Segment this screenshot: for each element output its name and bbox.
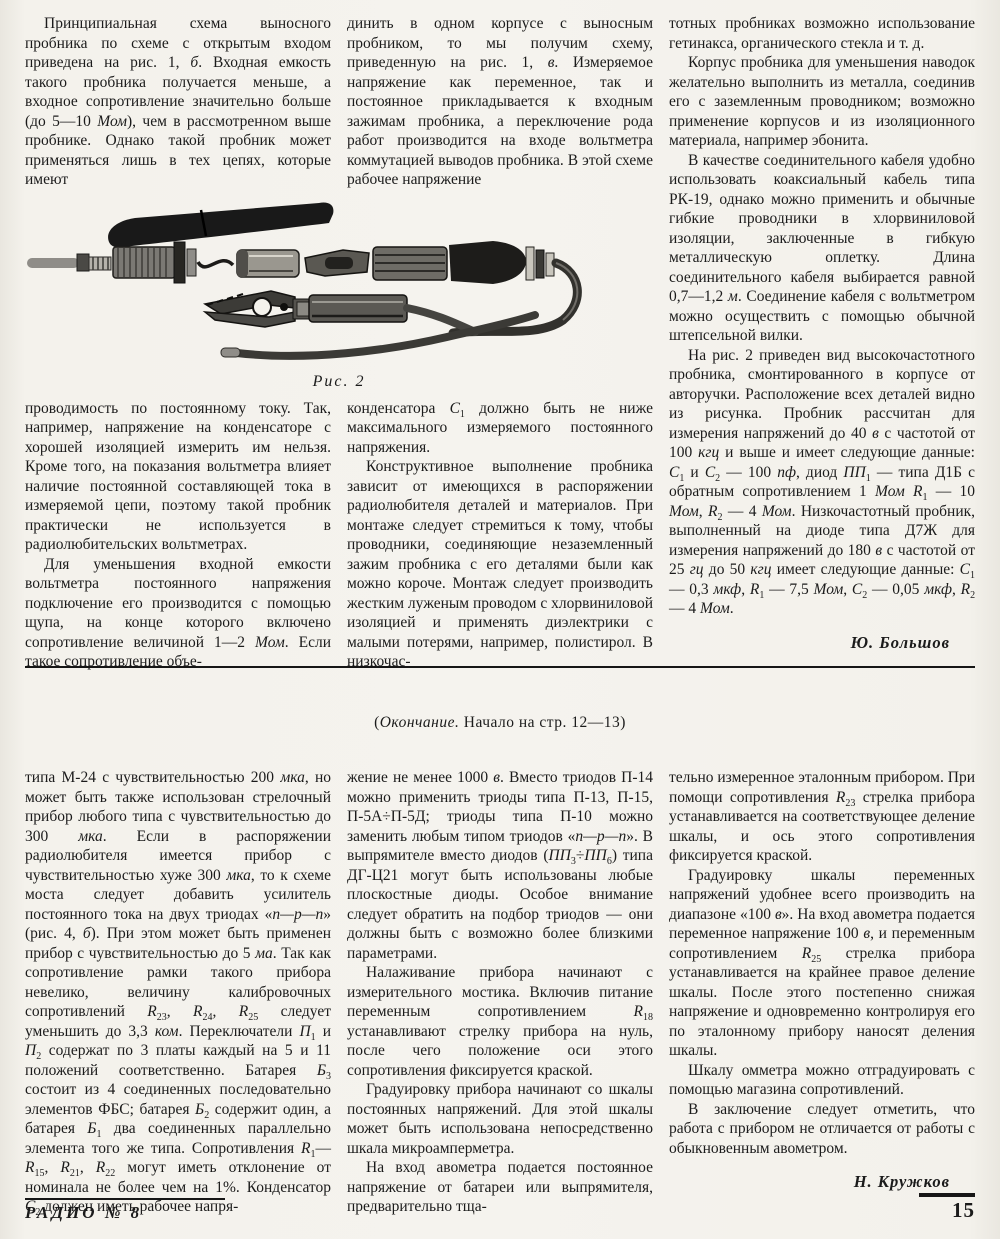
top-article: Принципиальная схема выносного пробника … — [25, 14, 975, 666]
figure-2: Рис. 2 — [25, 190, 653, 399]
column-2-part-2: конденсатора C1 должно быть не ниже макс… — [347, 399, 653, 672]
page-number: 15 — [915, 1198, 975, 1223]
bottom-column-1: типа М-24 с чувствительностью 200 мка, н… — [25, 768, 331, 1217]
figure-caption: Рис. 2 — [25, 373, 653, 391]
paragraph: Корпус пробника для уменьшения наводок ж… — [669, 53, 975, 151]
paragraph: Градуировку прибора начинают со шкалы по… — [347, 1080, 653, 1158]
paragraph: динить в одном корпусе с выносным пробни… — [347, 14, 653, 190]
column-3-text: тотных пробниках возможно использование … — [669, 14, 975, 619]
paragraph: тотных пробниках возможно использование … — [669, 14, 975, 53]
bottom-article: типа М-24 с чувствительностью 200 мка, н… — [25, 768, 975, 1193]
paragraph: Для уменьшения входной емкости вольтметр… — [25, 555, 331, 672]
paragraph: На рис. 2 приведен вид высокочастотного … — [669, 346, 975, 619]
column-2-part-1: динить в одном корпусе с выносным пробни… — [347, 14, 653, 190]
page-number-block: 15 — [915, 1193, 975, 1223]
bottom-column-3: тельно измеренное эталонным прибором. Пр… — [669, 768, 975, 1217]
bottom-column-2: жение не менее 1000 в. Вместо триодов П-… — [347, 768, 653, 1217]
paragraph: Принципиальная схема выносного пробника … — [25, 14, 331, 190]
paragraph: В заключение следует отметить, что работ… — [669, 1100, 975, 1159]
journal-title: РАДИО № 8 — [25, 1198, 225, 1223]
author-signature-top: Ю. Большов — [669, 619, 975, 653]
page-number-rule — [919, 1193, 975, 1197]
top-left-area: Принципиальная схема выносного пробника … — [25, 14, 653, 672]
column-3: тотных пробниках возможно использование … — [669, 14, 975, 672]
column-1-part-2: проводимость по постоянному току. Так, н… — [25, 399, 331, 672]
author-signature-bottom: Н. Кружков — [669, 1158, 975, 1192]
probe-photo — [25, 196, 585, 364]
paragraph: проводимость по постоянному току. Так, н… — [25, 399, 331, 555]
top-text-row-1: Принципиальная схема выносного пробника … — [25, 14, 653, 190]
paragraph: тельно измеренное эталонным прибором. Пр… — [669, 768, 975, 866]
paragraph: Конструктивное выполнение пробника завис… — [347, 457, 653, 672]
paragraph: Налаживание прибора начинают с измерител… — [347, 963, 653, 1080]
bottom-column-3-text: тельно измеренное эталонным прибором. Пр… — [669, 768, 975, 1158]
column-1-part-1: Принципиальная схема выносного пробника … — [25, 14, 331, 190]
paragraph: Градуировку шкалы переменных напряжений … — [669, 866, 975, 1061]
continuation-note: (Окончание. Начало на стр. 12—13) — [25, 668, 975, 768]
paragraph: Шкалу омметра можно отградуировать с пом… — [669, 1061, 975, 1100]
magazine-page: Принципиальная схема выносного пробника … — [0, 0, 1000, 1239]
paragraph: типа М-24 с чувствительностью 200 мка, н… — [25, 768, 331, 1217]
paragraph: конденсатора C1 должно быть не ниже макс… — [347, 399, 653, 458]
top-text-row-2: проводимость по постоянному току. Так, н… — [25, 399, 653, 672]
paragraph: жение не менее 1000 в. Вместо триодов П-… — [347, 768, 653, 963]
page-footer: РАДИО № 8 15 — [25, 1193, 975, 1223]
paragraph: В качестве соединительного кабеля удобно… — [669, 151, 975, 346]
